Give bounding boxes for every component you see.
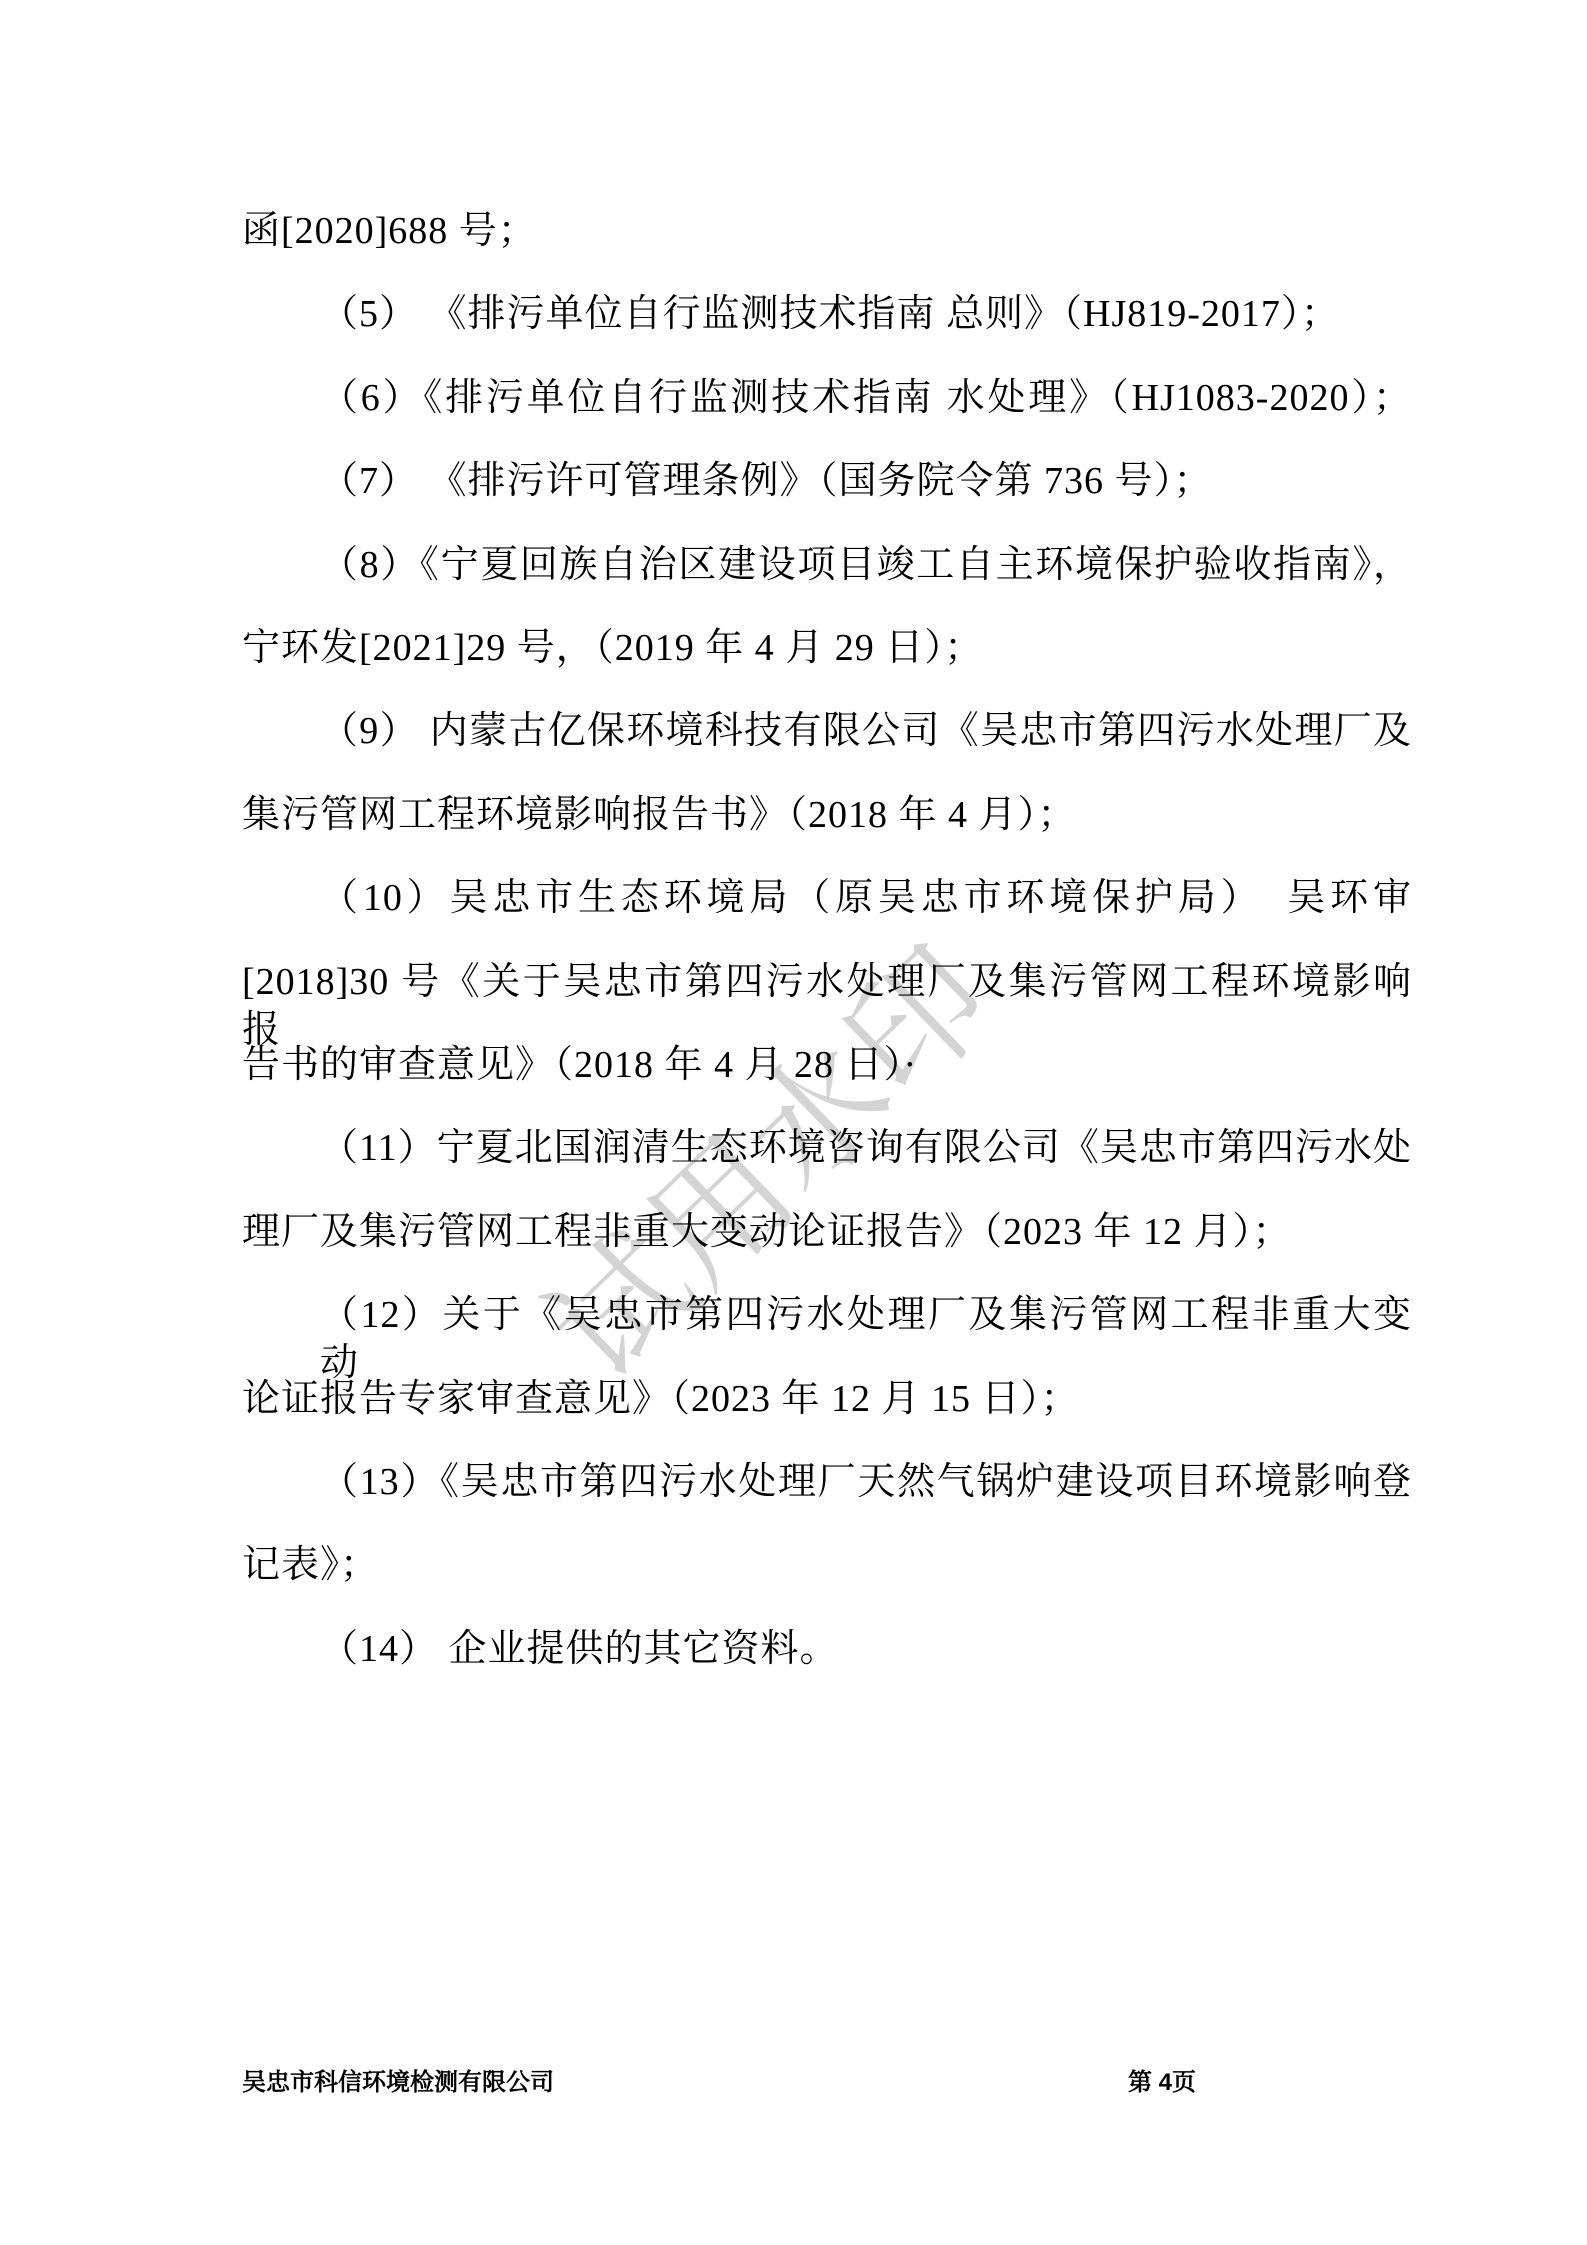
footer-company-name: 吴忠市科信环境检测有限公司 [242, 2062, 554, 2097]
body-line: （11）宁夏北国润清生态环境咨询有限公司《吴忠市第四污水处 [242, 1124, 1412, 1172]
body-line: [2018]30 号《关于吴忠市第四污水处理厂及集污管网工程环境影响报 [242, 958, 1412, 1054]
body-line: 函[2020]688 号； [242, 207, 1412, 255]
body-line: （5） 《排污单位自行监测技术指南 总则》（HJ819-2017）； [242, 290, 1412, 338]
body-line: （14） 企业提供的其它资料。 [242, 1625, 1412, 1673]
body-line: 记表》； [242, 1541, 1412, 1589]
body-line: （7） 《排污许可管理条例》（国务院令第 736 号）； [242, 457, 1412, 505]
body-line: 论证报告专家审查意见》（2023 年 12 月 15 日）； [242, 1375, 1412, 1423]
body-line: （13）《吴忠市第四污水处理厂天然气锅炉建设项目环境影响登 [242, 1458, 1412, 1506]
footer-page-number: 第 4页 [1128, 2062, 1196, 2097]
body-line: （10）吴忠市生态环境局（原吴忠市环境保护局） 吴环审 [242, 874, 1412, 922]
body-line: 宁环发[2021]29 号，（2019 年 4 月 29 日）； [242, 624, 1412, 672]
body-line: 告书的审查意见》（2018 年 4 月 28 日）· [242, 1041, 1412, 1089]
body-line: 集污管网工程环境影响报告书》（2018 年 4 月）； [242, 791, 1412, 839]
document-page: 试用水印 函[2020]688 号；（5） 《排污单位自行监测技术指南 总则》（… [0, 0, 1587, 2245]
body-line: （9） 内蒙古亿保环境科技有限公司《吴忠市第四污水处理厂及 [242, 707, 1412, 755]
page-footer: 吴忠市科信环境检测有限公司 第 4页 [0, 2062, 1587, 2102]
body-line: 理厂及集污管网工程非重大变动论证报告》（2023 年 12 月）； [242, 1208, 1412, 1256]
body-line: （12）关于《吴忠市第四污水处理厂及集污管网工程非重大变动 [242, 1291, 1412, 1387]
body-text: 函[2020]688 号；（5） 《排污单位自行监测技术指南 总则》（HJ819… [242, 0, 1412, 2245]
body-line: （8）《宁夏回族自治区建设项目竣工自主环境保护验收指南》， [242, 541, 1412, 589]
body-line: （6）《排污单位自行监测技术指南 水处理》（HJ1083-2020）； [242, 374, 1412, 422]
